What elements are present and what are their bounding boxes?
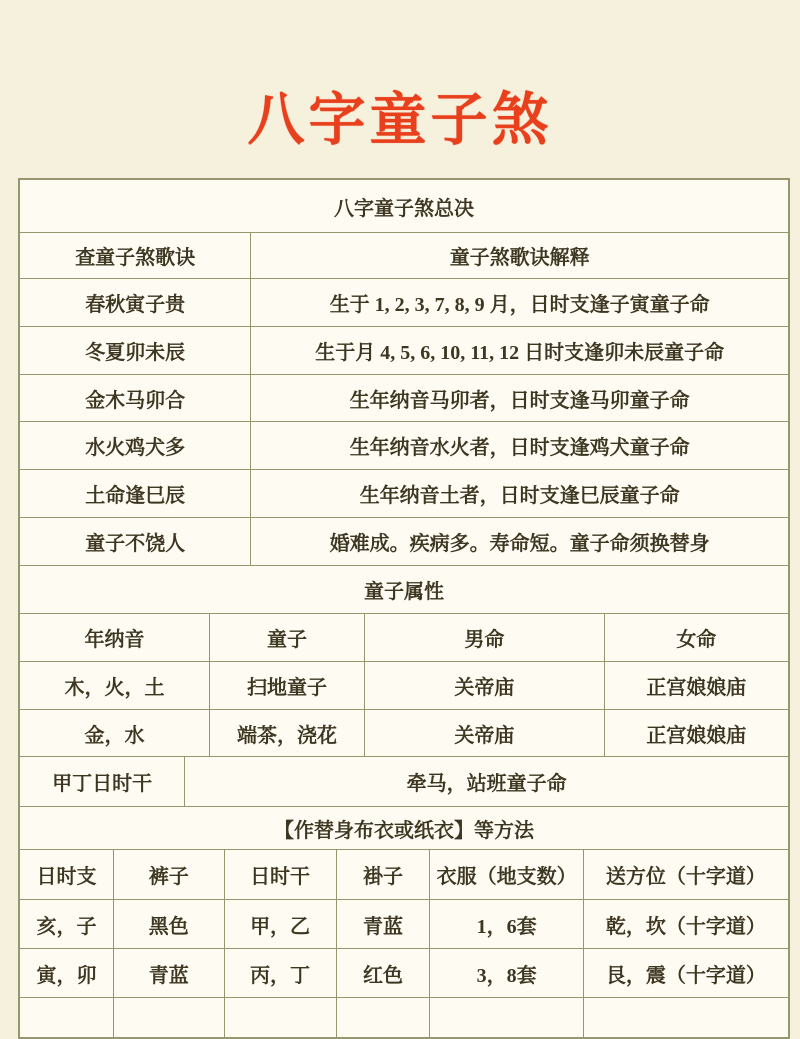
table3-header-row: 【作替身布衣或纸衣】等方法 — [20, 806, 788, 849]
table-row: 童子不饶人 婚难成。疾病多。寿命短。童子命须换替身 — [20, 517, 788, 565]
table2-col-header: 男命 — [364, 614, 604, 661]
table-row: 金木马卯合 生年纳音马卯者，日时支逢马卯童子命 — [20, 374, 788, 421]
table1-explain: 生年纳音水火者，日时支逢鸡犬童子命 — [250, 422, 788, 469]
table3-cell: 乾，坎（十字道） — [583, 900, 788, 948]
table3-cell: 寅，卯 — [20, 949, 113, 997]
table2-col-header: 女命 — [604, 614, 788, 661]
table3-col-header: 送方位（十字道） — [583, 850, 788, 899]
table3-cell-empty — [113, 998, 224, 1017]
table-row-partial — [20, 997, 788, 1017]
table3-col-header: 日时支 — [20, 850, 113, 899]
table3-cell: 青蓝 — [336, 900, 430, 948]
table2-cell: 关帝庙 — [364, 662, 604, 709]
table3-cell: 艮，震（十字道） — [583, 949, 788, 997]
table2-footer-value: 牵马，站班童子命 — [184, 757, 788, 806]
table1-verse: 童子不饶人 — [20, 518, 250, 565]
table3-col-header: 日时干 — [224, 850, 336, 899]
table1-verse: 春秋寅子贵 — [20, 279, 250, 326]
table3-col-header: 衣服（地支数） — [429, 850, 583, 899]
table1-verse: 水火鸡犬多 — [20, 422, 250, 469]
table3-column-header-row: 日时支 裤子 日时干 褂子 衣服（地支数） 送方位（十字道） — [20, 849, 788, 899]
table3-cell: 青蓝 — [113, 949, 224, 997]
table1-verse: 冬夏卯未辰 — [20, 327, 250, 374]
table1-verse: 金木马卯合 — [20, 375, 250, 421]
table2-cell: 扫地童子 — [209, 662, 364, 709]
table-row: 木，火，土 扫地童子 关帝庙 正宫娘娘庙 — [20, 661, 788, 709]
table2-header-row: 童子属性 — [20, 565, 788, 613]
table2-cell: 正宫娘娘庙 — [604, 710, 788, 756]
table2-footer-label: 甲丁日时干 — [20, 757, 184, 806]
table3-col-header: 裤子 — [113, 850, 224, 899]
table3-cell: 1，6套 — [429, 900, 583, 948]
table2-cell: 金，水 — [20, 710, 209, 756]
table3-cell: 甲，乙 — [224, 900, 336, 948]
table-row: 春秋寅子贵 生于 1, 2, 3, 7, 8, 9 月，日时支逢子寅童子命 — [20, 278, 788, 326]
tongzi-sha-table: 八字童子煞总决 查童子煞歌诀 童子煞歌诀解释 春秋寅子贵 生于 1, 2, 3,… — [18, 178, 790, 1017]
table-row: 寅，卯 青蓝 丙，丁 红色 3，8套 艮，震（十字道） — [20, 948, 788, 997]
table2-cell: 正宫娘娘庙 — [604, 662, 788, 709]
table3-header: 【作替身布衣或纸衣】等方法 — [20, 807, 788, 849]
table1-explain: 生于 1, 2, 3, 7, 8, 9 月，日时支逢子寅童子命 — [250, 279, 788, 326]
table-row: 冬夏卯未辰 生于月 4, 5, 6, 10, 11, 12 日时支逢卯未辰童子命 — [20, 326, 788, 374]
table2-footer-row: 甲丁日时干 牵马，站班童子命 — [20, 756, 788, 806]
table2-col-header: 童子 — [209, 614, 364, 661]
table3-cell: 丙，丁 — [224, 949, 336, 997]
table-row: 土命逢巳辰 生年纳音土者，日时支逢巳辰童子命 — [20, 469, 788, 517]
table3-cell-empty — [20, 998, 113, 1017]
table2-col-header: 年纳音 — [20, 614, 209, 661]
table1-col-header-explain: 童子煞歌诀解释 — [250, 233, 788, 278]
table-row: 亥，子 黑色 甲，乙 青蓝 1，6套 乾，坎（十字道） — [20, 899, 788, 948]
table3-cell: 3，8套 — [429, 949, 583, 997]
table1-verse: 土命逢巳辰 — [20, 470, 250, 517]
table2-header: 童子属性 — [20, 566, 788, 613]
table2-cell: 关帝庙 — [364, 710, 604, 756]
table3-cell: 红色 — [336, 949, 430, 997]
table3-cell-empty — [429, 998, 583, 1017]
table1-column-header-row: 查童子煞歌诀 童子煞歌诀解释 — [20, 232, 788, 278]
table3-cell: 亥，子 — [20, 900, 113, 948]
table3-cell-empty — [224, 998, 336, 1017]
table1-explain: 生年纳音马卯者，日时支逢马卯童子命 — [250, 375, 788, 421]
table3-col-header: 褂子 — [336, 850, 430, 899]
table1-explain: 生年纳音土者，日时支逢巳辰童子命 — [250, 470, 788, 517]
table1-header: 八字童子煞总决 — [20, 180, 788, 232]
table1-explain: 婚难成。疾病多。寿命短。童子命须换替身 — [250, 518, 788, 565]
page-title: 八字童子煞 — [0, 0, 800, 156]
table1-header-row: 八字童子煞总决 — [20, 180, 788, 232]
table3-cell: 黑色 — [113, 900, 224, 948]
table3-cell-empty — [336, 998, 430, 1017]
table-row: 金，水 端茶，浇花 关帝庙 正宫娘娘庙 — [20, 709, 788, 756]
table2-column-header-row: 年纳音 童子 男命 女命 — [20, 613, 788, 661]
table2-cell: 木，火，土 — [20, 662, 209, 709]
table2-cell: 端茶，浇花 — [209, 710, 364, 756]
table1-col-header-verse: 查童子煞歌诀 — [20, 233, 250, 278]
table1-explain: 生于月 4, 5, 6, 10, 11, 12 日时支逢卯未辰童子命 — [250, 327, 788, 374]
table3-cell-empty — [583, 998, 788, 1017]
table-row: 水火鸡犬多 生年纳音水火者，日时支逢鸡犬童子命 — [20, 421, 788, 469]
